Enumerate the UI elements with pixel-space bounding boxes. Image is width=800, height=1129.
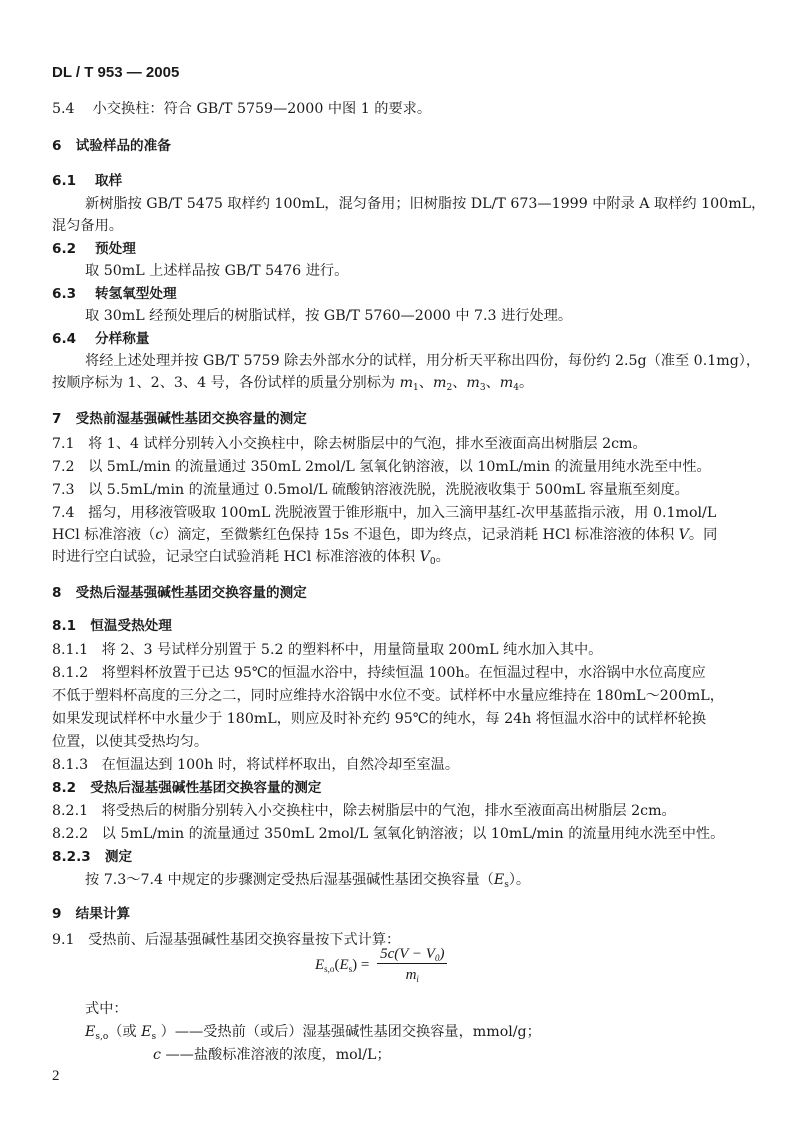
clause-text: 以 5.5mL/min 的流量通过 0.5mol/L 硫酸钠溶液洗脱，洗脱液收集… [88,482,689,498]
clause-number: 7.2 [52,459,75,475]
clause-text: 将 1、4 试样分别转入小交换柱中，除去树脂层中的气泡，排水至液面高出树脂层 2… [88,436,647,452]
period: 。 [519,375,533,391]
clause-6-2-body: 取 50mL 上述样品按 GB/T 5476 进行。 [85,262,348,280]
clause-7-4-line3: 时进行空白试验，记录空白试验消耗 HCl 标准溶液的体积 V0。 [52,548,450,566]
concentration-symbol: c [155,527,163,543]
clause-number: 9.1 [52,932,75,948]
clause-number: 7.1 [52,436,75,452]
clause-number: 8.2.1 [52,803,88,819]
clause-6-3-heading: 6.3 转氢氧型处理 [52,285,177,303]
clause-8-2-3-body: 按 7.3～7.4 中规定的步骤测定受热后湿基强碱性基团交换容量（Es）。 [85,871,530,889]
section-number: 6 [52,138,61,154]
clause-8-1-2-line4: 位置，以使其受热均匀。 [52,733,208,751]
formula-symbol: E [339,957,348,973]
body-text: 按顺序标为 1、2、3、4 号，各份试样的质量分别标为 [52,375,400,391]
clause-number: 6.1 [52,173,76,189]
clause-number: 6.3 [52,286,76,302]
clause-title: 分样称量 [95,331,149,347]
clause-7-2: 7.2 以 5mL/min 的流量通过 350mL 2mol/L 氢氧化钠溶液，… [52,458,711,476]
section-number: 7 [52,411,61,427]
clause-7-4-line1: 7.4 摇匀，用移液管吸取 100mL 洗脱液置于锥形瓶中，加入三滴甲基红-次甲… [52,504,716,522]
clause-title: 测定 [105,849,132,865]
clause-text: 将塑料杯放置于已达 95℃的恒温水浴中，持续恒温 100h。在恒温过程中，水浴锅… [102,665,706,681]
legend-symbol: E [85,1024,95,1040]
clause-8-1-2-line3: 如果发现试样杯中水量少于 180mL，则应及时补充约 95℃的纯水，每 24h … [52,710,706,728]
clause-number: 6.4 [52,331,76,347]
subscript: s,o [324,964,334,974]
section-8-heading: 8 受热后湿基强碱性基团交换容量的测定 [52,584,307,602]
mass-symbol: m [500,375,513,391]
clause-8-1-heading: 8.1 恒温受热处理 [52,617,172,635]
period: 。 [436,549,450,565]
clause-6-1-body-line2: 混匀备用。 [52,217,123,235]
clause-number: 8.1.1 [52,642,88,658]
paren: ) [352,957,357,973]
clause-8-1-3: 8.1.3 在恒温达到 100h 时，将试样杯取出，自然冷却至室温。 [52,756,459,774]
separator: 、 [486,375,500,391]
clause-5-4: 5.4 小交换柱：符合 GB/T 5759—2000 中图 1 的要求。 [52,100,431,118]
clause-text: 将受热后的树脂分别转入小交换柱中，除去树脂层中的气泡，排水至液面高出树脂层 2c… [102,803,676,819]
clause-7-1: 7.1 将 1、4 试样分别转入小交换柱中，除去树脂层中的气泡，排水至液面高出树… [52,435,647,453]
clause-number: 7.3 [52,482,75,498]
clause-number: 8.2.3 [52,849,91,865]
clause-6-4-body-line2: 按顺序标为 1、2、3、4 号，各份试样的质量分别标为 m1、m2、m3、m4。 [52,374,533,392]
fraction-denominator: mi [377,964,447,986]
body-text: 。同 [689,527,717,543]
clause-text: 摇匀，用移液管吸取 100mL 洗脱液置于锥形瓶中，加入三滴甲基红-次甲基蓝指示… [88,505,716,521]
clause-number: 6.2 [52,241,76,257]
clause-text: 在恒温达到 100h 时，将试样杯取出，自然冷却至室温。 [102,757,459,773]
volume-symbol: V [420,549,430,565]
formula-legend-item: Es,o（或 Es ）——受热前（或后）湿基强碱性基团交换容量，mmol/g； [85,1023,541,1041]
formula-legend-item: c ——盐酸标准溶液的浓度，mol/L； [153,1046,391,1064]
clause-text: 以 5mL/min 的流量通过 350mL 2mol/L 氢氧化钠溶液，以 10… [88,459,711,475]
body-text: 按 7.3～7.4 中规定的步骤测定受热后湿基强碱性基团交换容量（ [85,872,494,888]
section-title: 受热前湿基强碱性基团交换容量的测定 [76,411,307,427]
clause-number: 8.1.3 [52,757,88,773]
clause-6-1-heading: 6.1 取样 [52,172,122,190]
section-title: 试验样品的准备 [76,138,171,154]
clause-title: 恒温受热处理 [90,618,172,634]
section-6-heading: 6 试验样品的准备 [52,137,171,155]
standard-code: DL / T 953 — 2005 [52,64,179,82]
clause-number: 5.4 [52,101,75,117]
clause-7-3: 7.3 以 5.5mL/min 的流量通过 0.5mol/L 硫酸钠溶液洗脱，洗… [52,481,689,499]
clause-8-1-2-line2: 不低于塑料杯高度的三分之二，同时应维持水浴锅中水位不变。试样杯中水量应维持在 1… [52,687,724,705]
section-9-heading: 9 结果计算 [52,905,130,923]
mass-symbol: m [433,375,446,391]
clause-number: 8.2.2 [52,826,88,842]
page-number: 2 [52,1068,60,1085]
clause-title: 预处理 [95,241,136,257]
clause-number: 8.2 [52,780,76,796]
clause-8-1-1: 8.1.1 将 2、3 号试样分别置于 5.2 的塑料杯中，用量筒量取 200m… [52,641,602,659]
mass-symbol: m [466,375,479,391]
clause-title: 取样 [95,173,122,189]
clause-number: 7.4 [52,505,75,521]
capacity-formula: Es,o(Es) = 5c(V − V0) mi [315,945,447,986]
section-title: 受热后湿基强碱性基团交换容量的测定 [76,585,307,601]
clause-8-2-3-heading: 8.2.3 测定 [52,848,132,866]
equals-sign: = [361,957,369,973]
section-7-heading: 7 受热前湿基强碱性基团交换容量的测定 [52,410,307,428]
body-text: ）。 [509,872,530,888]
capacity-symbol: E [494,872,504,888]
legend-description: ——受热前（或后）湿基强碱性基团交换容量，mmol/g； [175,1024,541,1040]
clause-6-4-heading: 6.4 分样称量 [52,330,149,348]
clause-6-2-heading: 6.2 预处理 [52,240,136,258]
fraction-numerator: 5c(V − V0) [377,945,447,964]
mass-symbol: m [400,375,413,391]
clause-8-1-2-line1: 8.1.2 将塑料杯放置于已达 95℃的恒温水浴中，持续恒温 100h。在恒温过… [52,664,706,682]
legend-symbol: c [153,1047,161,1063]
clause-8-2-2: 8.2.2 以 5mL/min 的流量通过 350mL 2mol/L 氢氧化钠溶… [52,825,724,843]
formula-legend-intro: 式中： [85,1000,128,1018]
clause-title: 受热后湿基强碱性基团交换容量的测定 [90,780,321,796]
body-text: 时进行空白试验，记录空白试验消耗 HCl 标准溶液的体积 [52,549,420,565]
body-text: HCl 标准溶液（ [52,527,155,543]
clause-8-2-heading: 8.2 受热后湿基强碱性基团交换容量的测定 [52,779,321,797]
volume-symbol: V [679,527,689,543]
separator: 、 [452,375,466,391]
section-number: 8 [52,585,61,601]
section-number: 9 [52,906,61,922]
separator: 、 [419,375,433,391]
formula-symbol: E [315,957,324,973]
clause-text: 小交换柱：符合 GB/T 5759—2000 中图 1 的要求。 [93,101,431,117]
clause-6-1-body-line1: 新树脂按 GB/T 5475 取样约 100mL，混匀备用；旧树脂按 DL/T … [85,195,765,213]
clause-number: 8.1 [52,618,76,634]
clause-text: 以 5mL/min 的流量通过 350mL 2mol/L 氢氧化钠溶液；以 10… [102,826,725,842]
clause-7-4-line2: HCl 标准溶液（c）滴定，至微紫红色保持 15s 不退色，即为终点，记录消耗 … [52,526,717,544]
clause-title: 转氢氧型处理 [95,286,177,302]
clause-6-4-body-line1: 将经上述处理并按 GB/T 5759 除去外部水分的试样，用分析天平称出四份，每… [85,352,760,370]
clause-6-3-body: 取 30mL 经预处理后的树脂试样，按 GB/T 5760—2000 中 7.3… [85,307,572,325]
body-text: ）滴定，至微紫红色保持 15s 不退色，即为终点，记录消耗 HCl 标准溶液的体… [163,527,678,543]
section-title: 结果计算 [76,906,130,922]
clause-number: 8.1.2 [52,665,88,681]
clause-text: 将 2、3 号试样分别置于 5.2 的塑料杯中，用量筒量取 200mL 纯水加入… [102,642,603,658]
fraction: 5c(V − V0) mi [377,945,447,986]
clause-8-2-1: 8.2.1 将受热后的树脂分别转入小交换柱中，除去树脂层中的气泡，排水至液面高出… [52,802,676,820]
legend-description: ——盐酸标准溶液的浓度，mol/L； [165,1047,390,1063]
